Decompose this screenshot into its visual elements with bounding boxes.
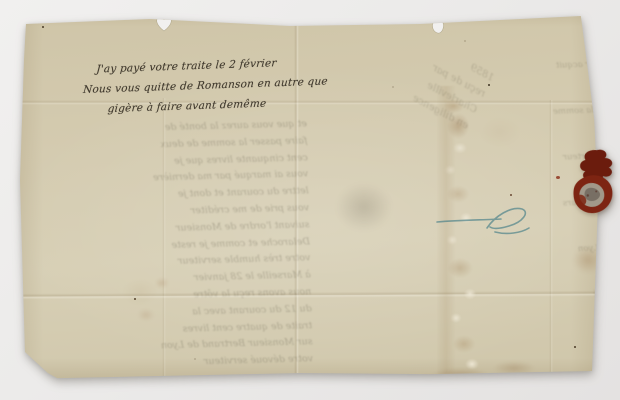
wax-seal — [565, 144, 620, 225]
punch-hole-right — [431, 20, 445, 35]
blue-ink-flourish — [435, 202, 540, 247]
punch-hole-left — [154, 16, 174, 32]
fold-line-horizontal-bottom — [22, 290, 598, 299]
wax-seal-droplet — [556, 176, 560, 179]
stain-smudge — [333, 178, 395, 236]
stain-below-seal — [568, 242, 608, 278]
paper-wrap: et que vous aurez la bonté de faire pass… — [0, 0, 620, 400]
bleedthrough-left: et que vous aurez la bonté de faire pass… — [25, 116, 313, 373]
letter-paper: et que vous aurez la bonté de faire pass… — [20, 12, 600, 380]
stain-foxing-spots — [128, 267, 208, 337]
fold-line-vertical-left — [162, 98, 166, 376]
stain-bottom-edge — [398, 350, 563, 390]
photo-background: et que vous aurez la bonté de faire pass… — [0, 0, 620, 400]
fold-line-vertical-right — [549, 100, 553, 376]
handwriting-block: J'ay payé votre traite le 2 février Nous… — [82, 51, 354, 120]
ink-specks — [42, 26, 44, 28]
